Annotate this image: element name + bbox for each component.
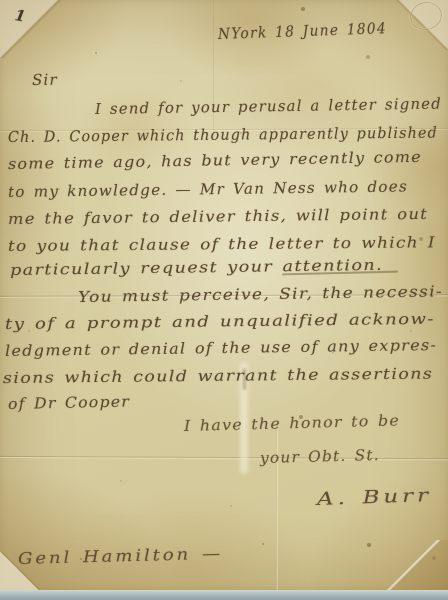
- body-line: sions which could warrant the assertions: [3, 363, 433, 388]
- closing-line: your Obt. St.: [260, 445, 380, 468]
- corner-fold-top-left: [0, 0, 64, 58]
- body-line: to you that clause of the letter to whic…: [8, 232, 436, 256]
- body-line: of Dr Cooper: [8, 391, 130, 414]
- closing-line: I have the honor to be: [184, 410, 400, 436]
- body-line: me the favor to deliver this, will point…: [8, 204, 428, 229]
- body-line: some time ago, has but very recently com…: [8, 147, 422, 174]
- fold-crease-lower: [0, 456, 448, 459]
- body-line: ty of a prompt and unqualified acknow-: [5, 309, 435, 334]
- letter-page: 1 NYork 18 June 1804 Sir I send for your…: [0, 0, 448, 591]
- letter-scan: 1 NYork 18 June 1804 Sir I send for your…: [0, 0, 448, 600]
- body-line: You must perceive, Sir, the necessi-: [78, 281, 443, 307]
- signature: A. Burr: [317, 484, 433, 512]
- body-line: to my knowledge. — Mr Van Ness who does: [8, 176, 408, 202]
- corner-fold-bottom-right: [386, 540, 448, 590]
- body-line: Ch. D. Cooper which though apparently pu…: [8, 122, 438, 147]
- salutation: Sir: [32, 70, 58, 90]
- addressee-line: Genl Hamilton —: [18, 543, 223, 569]
- dateline: NYork 18 June 1804: [218, 18, 388, 44]
- body-line: ledgment or denial of the use of any exp…: [5, 335, 437, 361]
- body-line: I send for your perusal a letter signed: [95, 94, 442, 119]
- body-line: particularly request your attention.: [10, 255, 383, 280]
- background-mat: [0, 590, 448, 600]
